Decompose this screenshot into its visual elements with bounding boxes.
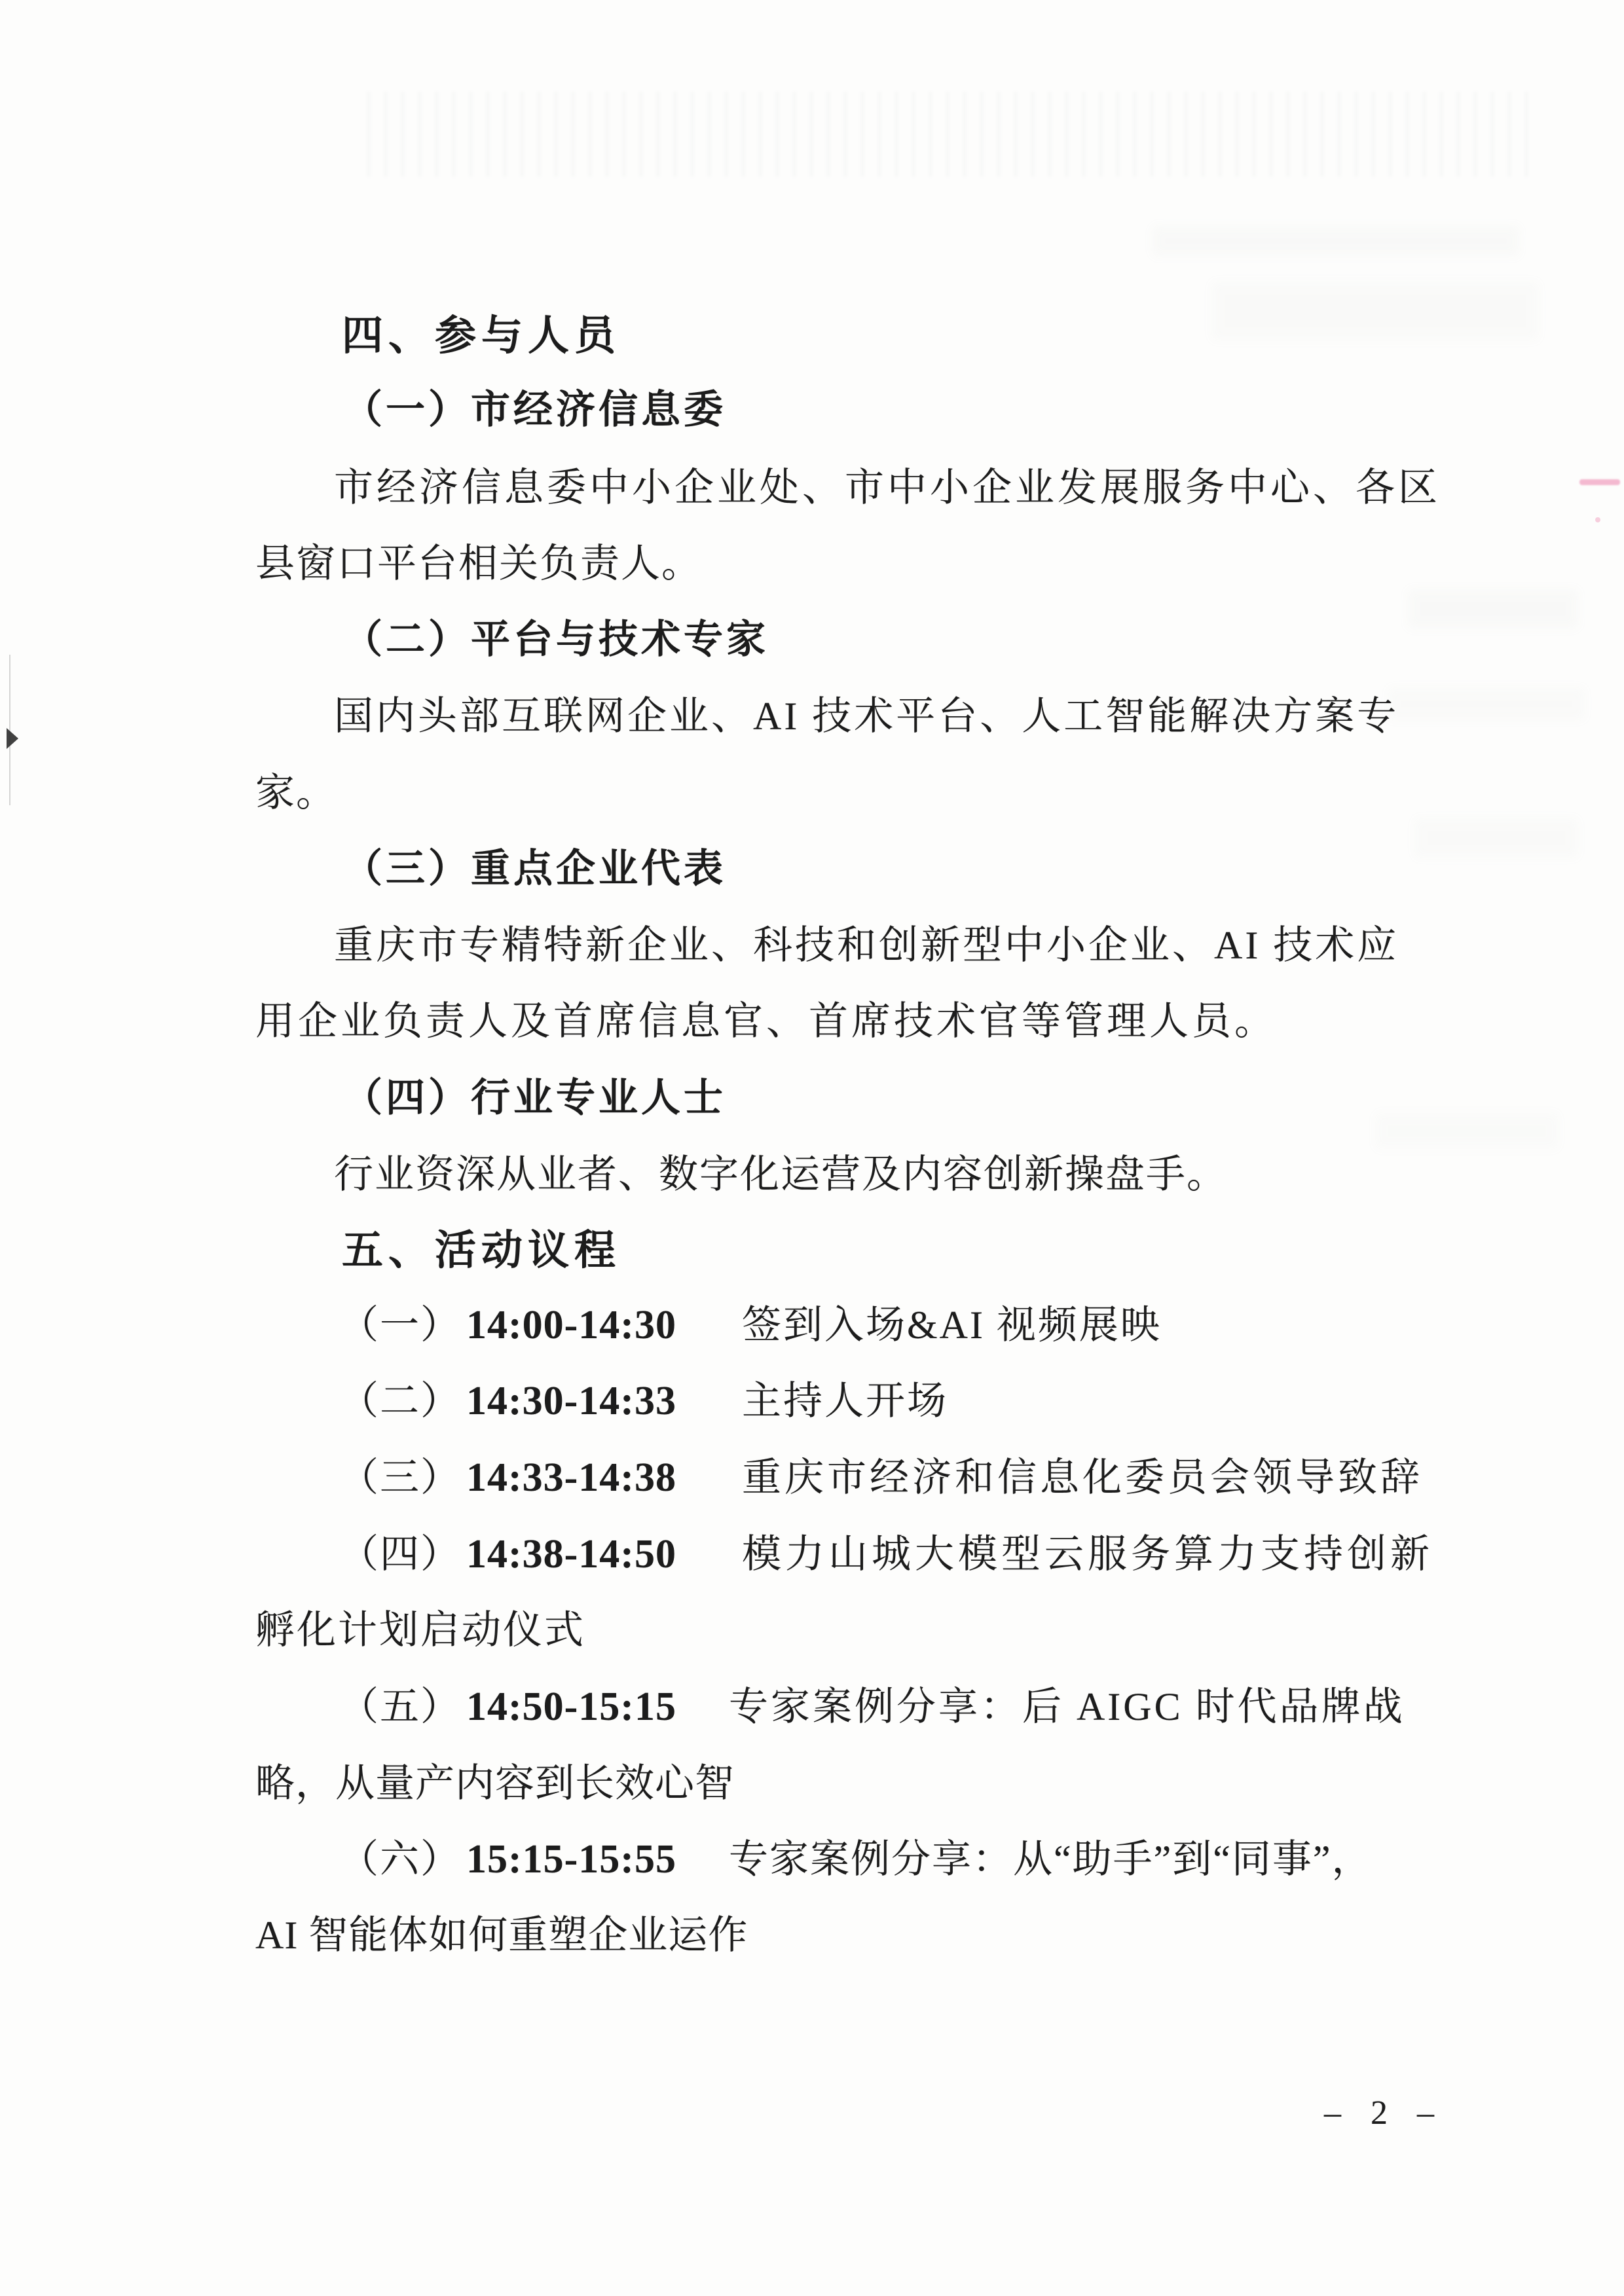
schedule-item-4: （四）14:38-14:50模力山城大模型云服务算力支持创新 bbox=[339, 1523, 1433, 1579]
scan-artifact-ghost bbox=[1153, 226, 1519, 256]
schedule-item-desc: 模力山城大模型云服务算力支持创新 bbox=[742, 1533, 1433, 1576]
schedule-item-desc: 重庆市经济和信息化委员会领导致辞 bbox=[742, 1456, 1423, 1499]
schedule-item-3: （三）14:33-14:38重庆市经济和信息化委员会领导致辞 bbox=[339, 1446, 1423, 1503]
paragraph-line: 家。 bbox=[255, 761, 337, 818]
scanned-document-page: 四、参与人员 （一）市经济信息委 市经济信息委中小企业处、市中小企业发展服务中心… bbox=[0, 0, 1624, 2296]
schedule-item-number: （五） bbox=[339, 1685, 461, 1728]
scan-artifact-ghost bbox=[1211, 282, 1539, 340]
schedule-item-5: （五）14:50-15:15专家案例分享：后 AIGC 时代品牌战 bbox=[339, 1675, 1405, 1732]
scan-artifact-pink-dot bbox=[1595, 517, 1600, 522]
section5-heading: 五、活动议程 bbox=[342, 1217, 621, 1277]
schedule-item-desc: 专家案例分享：后 AIGC 时代品牌战 bbox=[729, 1685, 1405, 1728]
schedule-cont-line: AI 智能体如何重塑企业运作 bbox=[255, 1904, 748, 1960]
scan-artifact-ghost bbox=[1375, 1113, 1559, 1149]
scan-artifact-pink-mark bbox=[1579, 479, 1620, 485]
schedule-item-time: 14:50-15:15 bbox=[466, 1685, 676, 1729]
scan-artifact-ghost bbox=[1414, 818, 1578, 858]
schedule-item-desc: 签到入场&AI 视频展映 bbox=[742, 1303, 1162, 1347]
scan-artifact-ghost bbox=[1408, 589, 1578, 629]
subsection-title-4: （四）行业专业人士 bbox=[343, 1066, 726, 1123]
schedule-item-time: 15:15-15:55 bbox=[466, 1837, 676, 1882]
subsection-title-2: （二）平台与技术专家 bbox=[343, 608, 769, 665]
schedule-item-time: 14:38-14:50 bbox=[466, 1532, 676, 1576]
schedule-item-number: （六） bbox=[339, 1838, 461, 1881]
subsection-title-1: （一）市经济信息委 bbox=[343, 378, 726, 435]
page-number: – 2 – bbox=[1324, 2094, 1445, 2132]
schedule-item-number: （四） bbox=[339, 1533, 461, 1576]
paragraph-line: 市经济信息委中小企业处、市中小企业发展服务中心、各区 bbox=[334, 456, 1441, 513]
schedule-item-2: （二）14:30-14:33主持人开场 bbox=[339, 1370, 948, 1426]
schedule-item-desc: 主持人开场 bbox=[742, 1379, 948, 1423]
section4-heading: 四、参与人员 bbox=[342, 302, 621, 362]
schedule-cont-line: 孵化计划启动仪式 bbox=[255, 1599, 585, 1655]
paragraph-line: 重庆市专精特新企业、科技和创新型中小企业、AI 技术应 bbox=[334, 914, 1399, 970]
schedule-item-number: （三） bbox=[339, 1456, 461, 1499]
scan-artifact-edge-line bbox=[9, 655, 10, 805]
paragraph-line: 用企业负责人及首席信息官、首席技术官等管理人员。 bbox=[255, 990, 1277, 1046]
schedule-item-number: （二） bbox=[339, 1379, 461, 1423]
subsection-title-3: （三）重点企业代表 bbox=[343, 837, 726, 894]
schedule-item-6: （六）15:15-15:55专家案例分享：从“助手”到“同事”， bbox=[339, 1828, 1372, 1884]
scan-artifact-top-streaks bbox=[367, 92, 1532, 177]
paragraph-line: 国内头部互联网企业、AI 技术平台、人工智能解决方案专 bbox=[334, 685, 1399, 741]
scan-artifact-edge-triangle bbox=[7, 728, 18, 749]
schedule-item-time: 14:00-14:30 bbox=[466, 1303, 676, 1347]
schedule-item-time: 14:33-14:38 bbox=[466, 1455, 676, 1500]
schedule-item-time: 14:30-14:33 bbox=[466, 1379, 676, 1423]
paragraph-line: 县窗口平台相关负责人。 bbox=[255, 532, 702, 589]
schedule-item-1: （一）14:00-14:30签到入场&AI 视频展映 bbox=[339, 1294, 1162, 1350]
schedule-item-desc: 专家案例分享：从“助手”到“同事”， bbox=[729, 1838, 1373, 1881]
schedule-cont-line: 略，从量产内容到长效心智 bbox=[255, 1752, 735, 1808]
scan-artifact-ghost bbox=[1388, 687, 1585, 720]
paragraph-line: 行业资深从业者、数字化运营及内容创新操盘手。 bbox=[334, 1143, 1227, 1199]
schedule-item-number: （一） bbox=[339, 1303, 461, 1347]
